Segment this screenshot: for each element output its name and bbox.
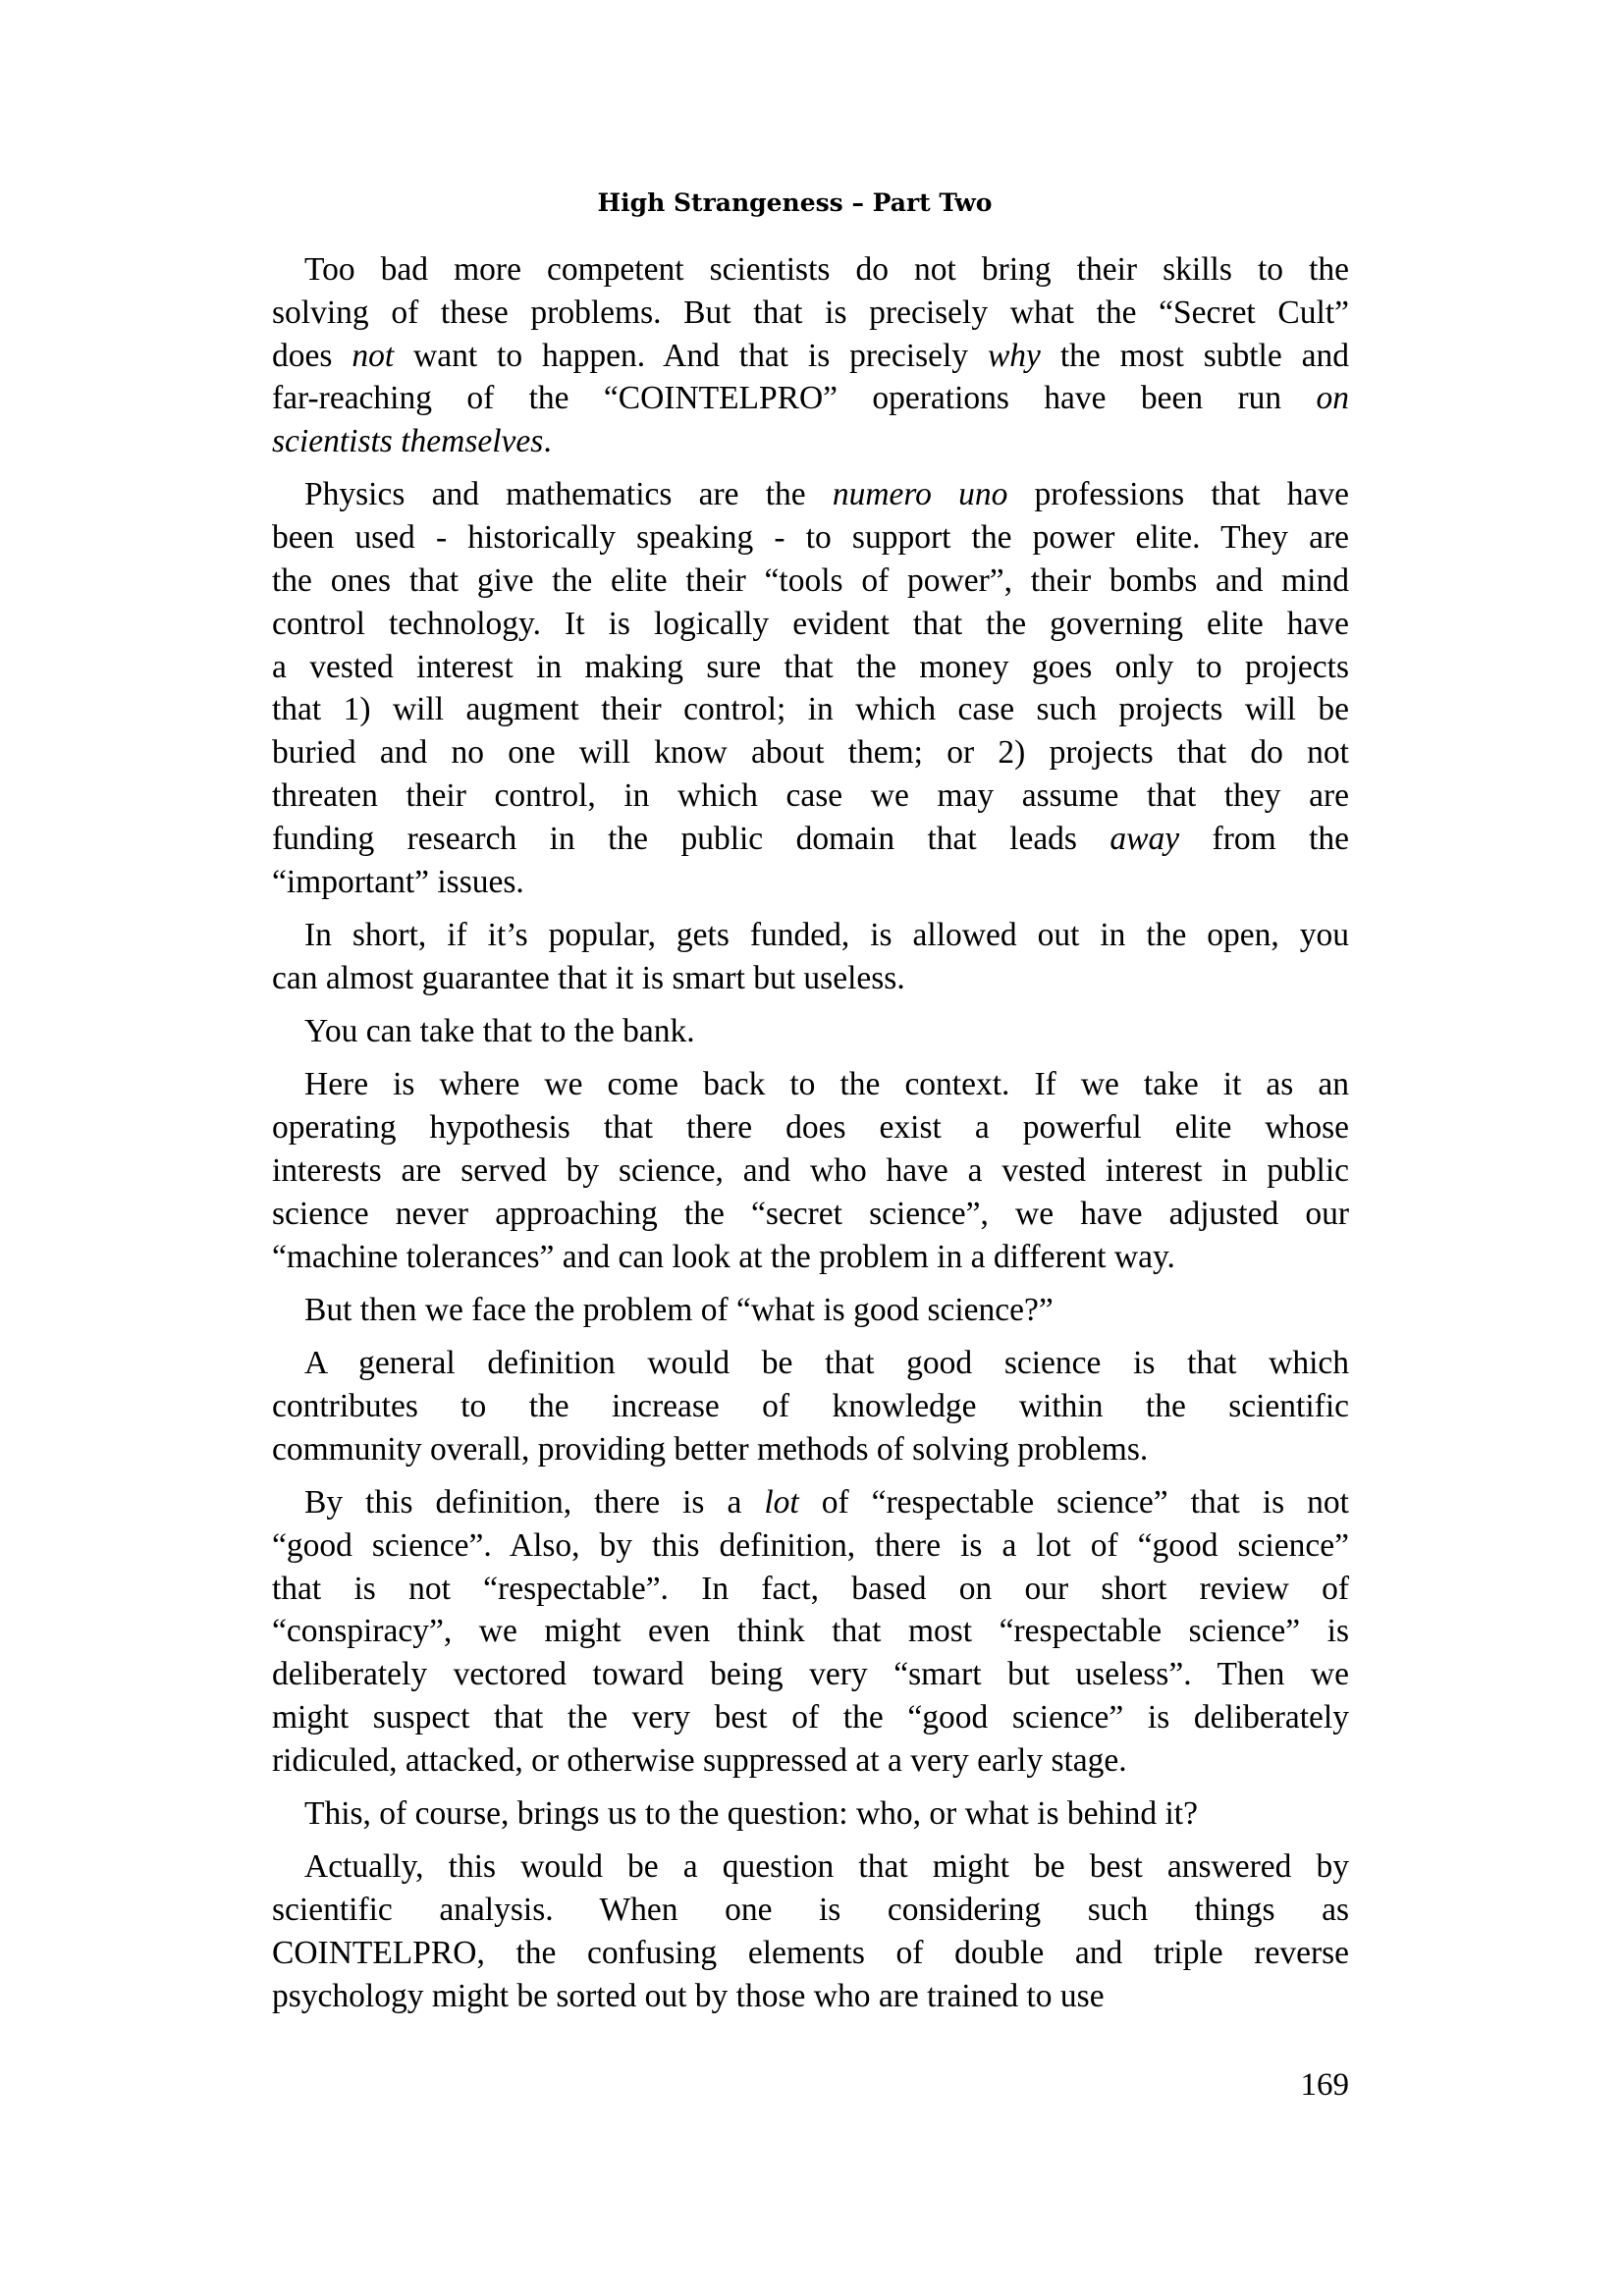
text-line: might suspect that the very best of the … — [272, 1696, 1349, 1739]
text-line: Physics and mathematics are the numero u… — [272, 473, 1349, 516]
text-run: contributes to the increase of knowledge… — [272, 1388, 1349, 1424]
text-line: “important” issues. — [272, 861, 1349, 904]
text-run: solving of these problems. But that is p… — [272, 294, 1349, 331]
text-line: “machine tolerances” and can look at the… — [272, 1236, 1349, 1279]
text-run: “machine tolerances” and can look at the… — [272, 1239, 1175, 1275]
running-title: High Strangeness – Part Two — [598, 188, 993, 217]
text-run: been used - historically speaking - to s… — [272, 519, 1349, 556]
text-line: ridiculed, attacked, or otherwise suppre… — [272, 1739, 1349, 1783]
text-line: operating hypothesis that there does exi… — [272, 1106, 1349, 1149]
text-line: that 1) will augment their control; in w… — [272, 688, 1349, 731]
text-run: of “respectable science” that is not — [799, 1484, 1349, 1521]
text-run: the ones that give the elite their “tool… — [272, 562, 1349, 599]
text-run: But then we face the problem of “what is… — [304, 1292, 1054, 1328]
text-run: . — [543, 423, 551, 459]
paragraph: In short, if it’s popular, gets funded, … — [272, 914, 1349, 1000]
paragraph: Actually, this would be a question that … — [272, 1845, 1349, 2017]
text-run: You can take that to the bank. — [304, 1013, 695, 1049]
text-line: psychology might be sorted out by those … — [272, 1975, 1349, 2018]
text-run: Physics and mathematics are the — [304, 476, 833, 512]
text-line: Too bad more competent scientists do not… — [272, 248, 1349, 292]
paragraph: But then we face the problem of “what is… — [272, 1289, 1349, 1332]
italic-run: away — [1109, 821, 1179, 857]
paragraph: By this definition, there is a lot of “r… — [272, 1481, 1349, 1783]
italic-run: scientists themselves — [272, 423, 543, 459]
text-line: far-reaching of the “COINTELPRO” operati… — [272, 377, 1349, 420]
text-line: scientific analysis. When one is conside… — [272, 1889, 1349, 1932]
text-line: “good science”. Also, by this definition… — [272, 1524, 1349, 1568]
text-run: deliberately vectored toward being very … — [272, 1656, 1349, 1692]
text-line: deliberately vectored toward being very … — [272, 1653, 1349, 1696]
body-text: Too bad more competent scientists do not… — [272, 248, 1349, 2028]
text-run: “good science”. Also, by this definition… — [272, 1527, 1349, 1564]
italic-run: on — [1317, 380, 1350, 416]
text-run: operating hypothesis that there does exi… — [272, 1109, 1349, 1146]
text-line: buried and no one will know about them; … — [272, 731, 1349, 774]
text-line: control technology. It is logically evid… — [272, 603, 1349, 646]
text-line: This, of course, brings us to the questi… — [272, 1792, 1349, 1836]
italic-run: not — [352, 338, 394, 374]
text-run: want to happen. And that is precisely — [394, 338, 988, 374]
text-run: buried and no one will know about them; … — [272, 734, 1349, 771]
text-run: A general definition would be that good … — [304, 1345, 1349, 1381]
text-line: COINTELPRO, the confusing elements of do… — [272, 1932, 1349, 1975]
italic-run: numero uno — [833, 476, 1008, 512]
text-run: from the — [1179, 821, 1349, 857]
text-run: psychology might be sorted out by those … — [272, 1978, 1105, 2014]
text-line: You can take that to the bank. — [272, 1010, 1349, 1053]
text-line: threaten their control, in which case we… — [272, 774, 1349, 818]
text-run: does — [272, 338, 352, 374]
text-line: A general definition would be that good … — [272, 1342, 1349, 1385]
page-number: 169 — [1178, 2065, 1349, 2105]
paragraph: Physics and mathematics are the numero u… — [272, 473, 1349, 903]
paragraph: This, of course, brings us to the questi… — [272, 1792, 1349, 1836]
text-run: that is not “respectable”. In fact, base… — [272, 1571, 1349, 1607]
text-line: “conspiracy”, we might even think that m… — [272, 1610, 1349, 1653]
text-line: the ones that give the elite their “tool… — [272, 560, 1349, 603]
text-line: community overall, providing better meth… — [272, 1428, 1349, 1471]
text-run: community overall, providing better meth… — [272, 1431, 1148, 1468]
paragraph: A general definition would be that good … — [272, 1342, 1349, 1470]
running-header: High Strangeness – Part Two — [0, 188, 1623, 217]
text-line: interests are served by science, and who… — [272, 1149, 1349, 1193]
text-line: science never approaching the “secret sc… — [272, 1193, 1349, 1236]
text-run: “conspiracy”, we might even think that m… — [272, 1613, 1349, 1649]
text-run: can almost guarantee that it is smart bu… — [272, 960, 905, 996]
italic-run: lot — [764, 1484, 798, 1521]
text-run: Too bad more competent scientists do not… — [304, 251, 1349, 288]
text-line: contributes to the increase of knowledge… — [272, 1385, 1349, 1428]
text-run: science never approaching the “secret sc… — [272, 1196, 1349, 1232]
text-run: “important” issues. — [272, 864, 524, 900]
text-line: solving of these problems. But that is p… — [272, 292, 1349, 335]
text-run: scientific analysis. When one is conside… — [272, 1892, 1349, 1928]
book-page: High Strangeness – Part Two Too bad more… — [0, 0, 1623, 2296]
text-run: threaten their control, in which case we… — [272, 777, 1349, 814]
text-run: ridiculed, attacked, or otherwise suppre… — [272, 1742, 1127, 1779]
text-line: scientists themselves. — [272, 420, 1349, 463]
paragraph: Here is where we come back to the contex… — [272, 1063, 1349, 1278]
text-line: By this definition, there is a lot of “r… — [272, 1481, 1349, 1524]
text-run: funding research in the public domain th… — [272, 821, 1109, 857]
text-run: Actually, this would be a question that … — [304, 1848, 1349, 1885]
text-line: In short, if it’s popular, gets funded, … — [272, 914, 1349, 957]
text-line: been used - historically speaking - to s… — [272, 516, 1349, 560]
text-run: far-reaching of the “COINTELPRO” operati… — [272, 380, 1317, 416]
text-run: control technology. It is logically evid… — [272, 606, 1349, 642]
text-run: the most subtle and — [1041, 338, 1349, 374]
italic-run: why — [988, 338, 1041, 374]
text-line: a vested interest in making sure that th… — [272, 646, 1349, 689]
text-line: that is not “respectable”. In fact, base… — [272, 1568, 1349, 1611]
text-run: professions that have — [1007, 476, 1349, 512]
text-run: interests are served by science, and who… — [272, 1152, 1349, 1189]
paragraph: You can take that to the bank. — [272, 1010, 1349, 1053]
text-run: This, of course, brings us to the questi… — [304, 1795, 1198, 1832]
text-line: Actually, this would be a question that … — [272, 1845, 1349, 1889]
text-line: But then we face the problem of “what is… — [272, 1289, 1349, 1332]
text-run: might suspect that the very best of the … — [272, 1699, 1349, 1735]
text-run: a vested interest in making sure that th… — [272, 649, 1349, 685]
text-line: does not want to happen. And that is pre… — [272, 335, 1349, 378]
text-line: funding research in the public domain th… — [272, 818, 1349, 861]
text-run: Here is where we come back to the contex… — [304, 1066, 1349, 1102]
text-line: Here is where we come back to the contex… — [272, 1063, 1349, 1106]
text-run: In short, if it’s popular, gets funded, … — [304, 917, 1349, 953]
text-run: COINTELPRO, the confusing elements of do… — [272, 1935, 1349, 1971]
text-run: By this definition, there is a — [304, 1484, 764, 1521]
paragraph: Too bad more competent scientists do not… — [272, 248, 1349, 463]
text-run: that 1) will augment their control; in w… — [272, 691, 1349, 727]
text-line: can almost guarantee that it is smart bu… — [272, 957, 1349, 1000]
